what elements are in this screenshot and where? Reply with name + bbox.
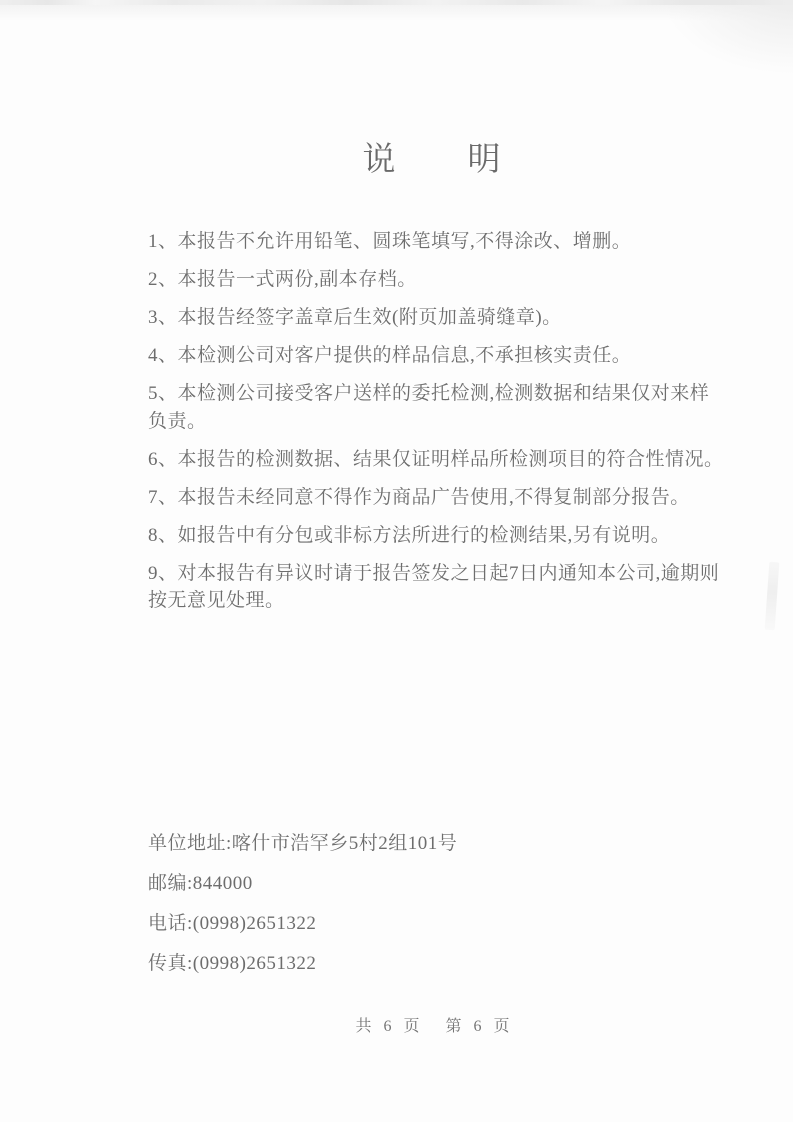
scan-artifact-right-edge-marks xyxy=(765,562,780,631)
note-item-5: 5、本检测公司接受客户送样的委托检测,检测数据和结果仅对来样 负责。 xyxy=(148,380,748,435)
page-title: 说 明 xyxy=(72,133,793,180)
page-footer: 共 6 页第 6 页 xyxy=(0,1013,793,1036)
scanned-document-page: 说 明 1、本报告不允许用铅笔、圆珠笔填写,不得涂改、增删。 2、本报告一式两份… xyxy=(0,0,793,1122)
contact-postcode-label: 邮编: xyxy=(148,873,193,894)
contact-fax-value: (0998)2651322 xyxy=(193,953,317,974)
note-item-6: 6、本报告的检测数据、结果仅证明样品所检测项目的符合性情况。 xyxy=(148,446,748,474)
note-item-8: 8、如报告中有分包或非标方法所进行的检测结果,另有说明。 xyxy=(148,522,748,550)
contact-fax-label: 传真: xyxy=(148,953,193,974)
contact-address-value: 喀什市浩罕乡5村2组101号 xyxy=(232,833,458,854)
notes-list: 1、本报告不允许用铅笔、圆珠笔填写,不得涂改、增删。 2、本报告一式两份,副本存… xyxy=(148,228,748,625)
scan-artifact-top-right-smudge xyxy=(663,0,793,75)
contact-line-phone: 电话:(0998)2651322 xyxy=(148,904,708,944)
note-item-4: 4、本检测公司对客户提供的样品信息,不承担核实责任。 xyxy=(148,342,748,370)
note-item-7: 7、本报告未经同意不得作为商品广告使用,不得复制部分报告。 xyxy=(148,484,748,512)
note-item-3: 3、本报告经签字盖章后生效(附页加盖骑缝章)。 xyxy=(148,304,748,332)
contact-phone-label: 电话: xyxy=(148,913,193,934)
contact-line-address: 单位地址:喀什市浩罕乡5村2组101号 xyxy=(148,824,708,864)
current-page-label: 第 6 页 xyxy=(446,1018,514,1035)
note-item-9: 9、对本报告有异议时请于报告签发之日起7日内通知本公司,逾期则 按无意见处理。 xyxy=(148,560,748,615)
contact-phone-value: (0998)2651322 xyxy=(193,913,317,934)
contact-block: 单位地址:喀什市浩罕乡5村2组101号 邮编:844000 电话:(0998)2… xyxy=(148,824,708,984)
contact-address-label: 单位地址: xyxy=(148,833,232,854)
contact-line-fax: 传真:(0998)2651322 xyxy=(148,944,708,984)
note-item-1: 1、本报告不允许用铅笔、圆珠笔填写,不得涂改、增删。 xyxy=(148,228,748,256)
note-item-2: 2、本报告一式两份,副本存档。 xyxy=(148,266,748,294)
contact-line-postcode: 邮编:844000 xyxy=(148,864,708,904)
total-pages-label: 共 6 页 xyxy=(355,1018,423,1035)
contact-postcode-value: 844000 xyxy=(193,873,253,894)
